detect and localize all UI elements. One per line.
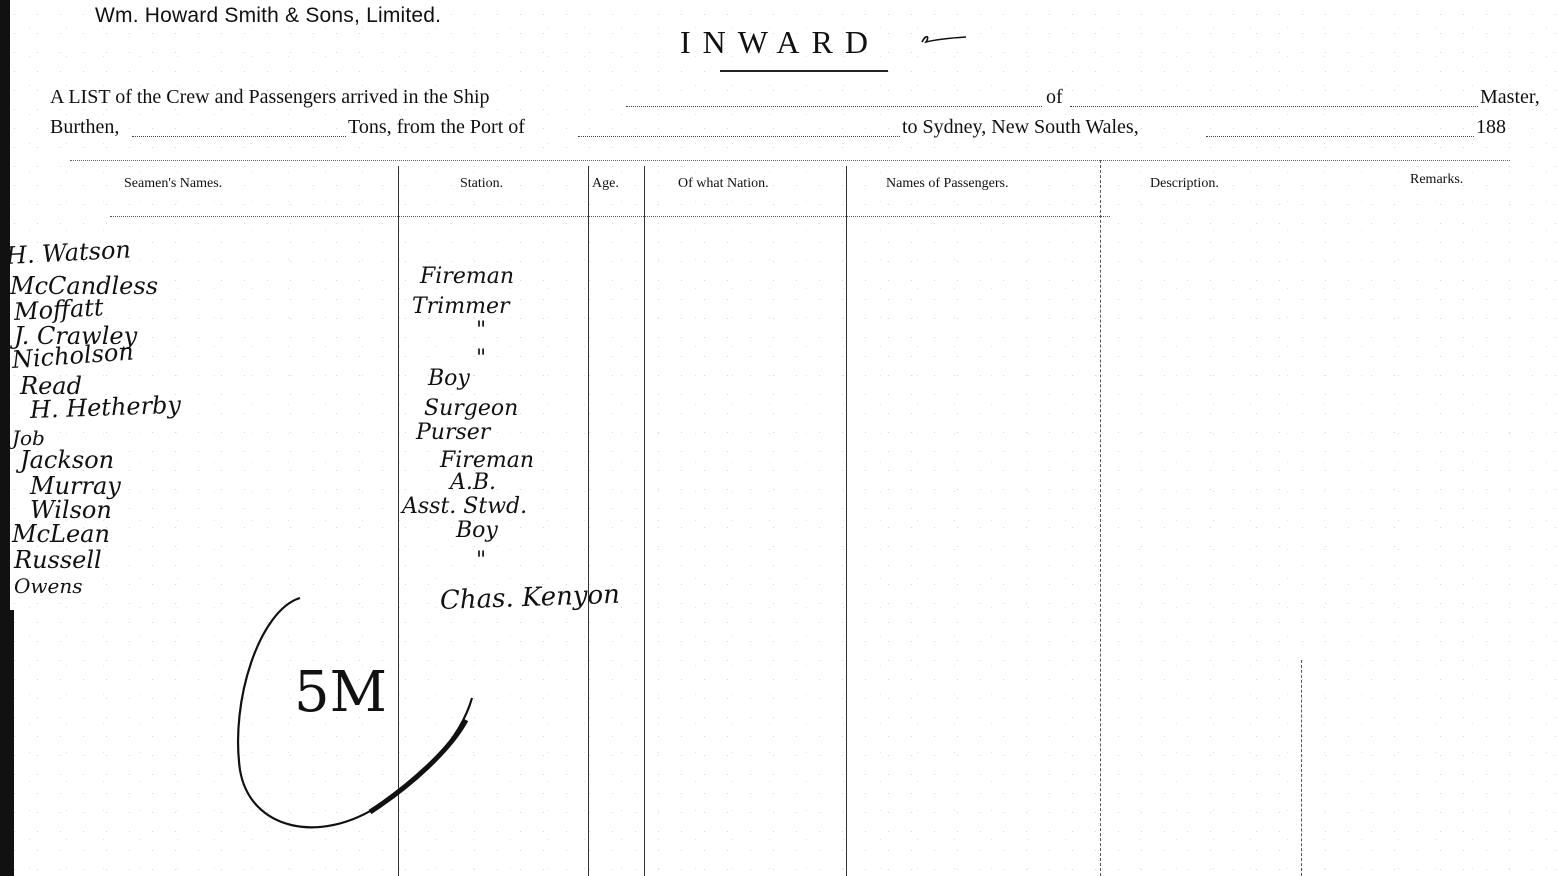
scan-edge-lower bbox=[0, 610, 14, 876]
title-underline bbox=[720, 70, 888, 72]
column-header-station: Station. bbox=[460, 176, 503, 192]
master-label: Master, bbox=[1480, 86, 1540, 109]
seaman-station: " bbox=[476, 318, 486, 343]
document-title: INWARD bbox=[680, 24, 880, 61]
column-header-description: Description. bbox=[1150, 176, 1219, 192]
seaman-station: A.B. bbox=[450, 470, 496, 495]
seaman-station: Boy bbox=[428, 366, 470, 391]
column-header-nation: Of what Nation. bbox=[678, 176, 769, 192]
seaman-name: H. Hetherby bbox=[30, 391, 182, 424]
annotation-number: 5M bbox=[294, 660, 387, 725]
of-label: of bbox=[1046, 86, 1063, 109]
company-name: Wm. Howard Smith & Sons, Limited. bbox=[95, 4, 441, 28]
table-header-top-rule bbox=[70, 160, 1510, 161]
seaman-name: Jackson bbox=[20, 446, 114, 474]
seaman-station: Purser bbox=[416, 420, 490, 445]
date-field[interactable] bbox=[1206, 136, 1474, 137]
column-divider bbox=[588, 166, 589, 876]
year-prefix: 188 bbox=[1476, 116, 1506, 139]
seaman-name: McLean bbox=[12, 520, 110, 548]
column-header-age: Age. bbox=[592, 176, 619, 192]
column-header-remarks: Remarks. bbox=[1410, 172, 1463, 188]
destination-label: to Sydney, New South Wales, bbox=[902, 116, 1139, 139]
column-divider bbox=[846, 166, 847, 876]
seaman-station: " bbox=[476, 346, 486, 371]
column-header-seamens-names: Seamen's Names. bbox=[124, 176, 222, 192]
seaman-station: Trimmer bbox=[412, 294, 510, 319]
seaman-name: Russell bbox=[14, 546, 102, 574]
seaman-station: Boy bbox=[456, 518, 498, 543]
ship-name-field[interactable] bbox=[626, 106, 1042, 107]
ship-label: A LIST of the Crew and Passengers arrive… bbox=[50, 86, 490, 109]
title-pen-mark bbox=[920, 32, 968, 46]
column-header-passenger-names: Names of Passengers. bbox=[886, 176, 1008, 192]
of-field[interactable] bbox=[1070, 106, 1478, 107]
seaman-name: H. Watson bbox=[5, 235, 131, 270]
column-divider bbox=[1100, 160, 1101, 876]
table-header-bottom-rule bbox=[110, 216, 1110, 217]
column-divider bbox=[1301, 660, 1302, 876]
column-divider bbox=[644, 166, 645, 876]
port-field[interactable] bbox=[578, 136, 900, 137]
seaman-station: " bbox=[476, 548, 486, 573]
seaman-station: Asst. Stwd. bbox=[402, 494, 527, 519]
burthen-field[interactable] bbox=[132, 136, 346, 137]
tons-port-label: Tons, from the Port of bbox=[348, 116, 525, 139]
crew-list-document: Wm. Howard Smith & Sons, Limited. INWARD… bbox=[0, 0, 1557, 876]
seaman-station: Surgeon bbox=[424, 396, 518, 421]
seaman-name: Owens bbox=[14, 574, 83, 598]
seaman-station: Fireman bbox=[420, 264, 514, 289]
burthen-label: Burthen, bbox=[50, 116, 119, 139]
